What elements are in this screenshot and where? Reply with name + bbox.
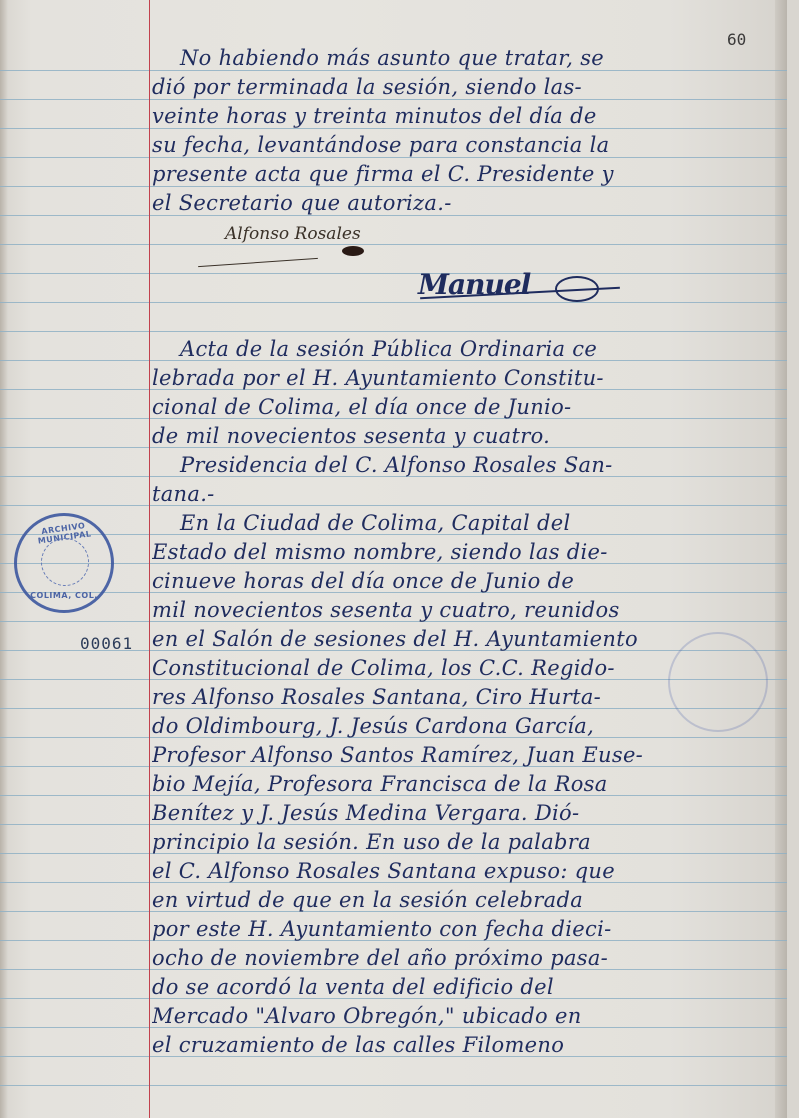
text-line: Presidencia del C. Alfonso Rosales San- xyxy=(152,451,784,480)
ruled-line xyxy=(0,1085,787,1086)
text-line: En la Ciudad de Colima, Capital del xyxy=(152,509,784,538)
text-line: cional de Colima, el día once de Junio- xyxy=(152,393,784,422)
closing-paragraph: No habiendo más asunto que tratar, se di… xyxy=(152,44,784,218)
binding-shadow xyxy=(0,0,8,1118)
text-line: Estado del mismo nombre, siendo las die- xyxy=(152,538,784,567)
ledger-page: 60 ARCHIVO MUNICIPAL COLIMA, COL. 00061 … xyxy=(0,0,787,1118)
text-line: bio Mejía, Profesora Francisca de la Ros… xyxy=(152,770,784,799)
signature-underline xyxy=(198,258,318,267)
text-line: lebrada por el H. Ayuntamiento Constitu- xyxy=(152,364,784,393)
text-line: principio la sesión. En uso de la palabr… xyxy=(152,828,784,857)
text-line: el cruzamiento de las calles Filomeno xyxy=(152,1031,784,1060)
text-line: Profesor Alfonso Santos Ramírez, Juan Eu… xyxy=(152,741,784,770)
signature-president: Alfonso Rosales xyxy=(225,224,361,244)
presidency-paragraph: Presidencia del C. Alfonso Rosales San- … xyxy=(152,451,784,509)
ink-blot xyxy=(342,246,364,256)
stamp-inner-ring xyxy=(41,538,89,586)
text-line: por este H. Ayuntamiento con fecha dieci… xyxy=(152,915,784,944)
text-line: Mercado "Alvaro Obregón," ubicado en xyxy=(152,1002,784,1031)
stamp-bottom-text: COLIMA, COL. xyxy=(17,591,111,600)
text-line: en el Salón de sesiones del H. Ayuntamie… xyxy=(152,625,784,654)
text-line: No habiendo más asunto que tratar, se xyxy=(152,44,784,73)
text-line: veinte horas y treinta minutos del día d… xyxy=(152,102,784,131)
folio-number: 00061 xyxy=(80,634,133,653)
ruled-line xyxy=(0,244,787,245)
text-line: el Secretario que autoriza.- xyxy=(152,189,784,218)
text-line: Benítez y J. Jesús Medina Vergara. Dió- xyxy=(152,799,784,828)
minutes-heading: Acta de la sesión Pública Ordinaria ce l… xyxy=(152,335,784,451)
text-line: dió por terminada la sesión, siendo las- xyxy=(152,73,784,102)
text-line: en virtud de que en la sesión celebrada xyxy=(152,886,784,915)
ruled-line xyxy=(0,273,787,274)
text-line: de mil novecientos sesenta y cuatro. xyxy=(152,422,784,451)
session-body: En la Ciudad de Colima, Capital del Esta… xyxy=(152,509,784,1060)
text-line: do Oldimbourg, J. Jesús Cardona García, xyxy=(152,712,784,741)
text-line: res Alfonso Rosales Santana, Ciro Hurta- xyxy=(152,683,784,712)
ruled-line xyxy=(0,302,787,303)
text-line: el C. Alfonso Rosales Santana expuso: qu… xyxy=(152,857,784,886)
text-line: ocho de noviembre del año próximo pasa- xyxy=(152,944,784,973)
archive-stamp: ARCHIVO MUNICIPAL COLIMA, COL. xyxy=(14,513,114,613)
margin-line xyxy=(149,0,150,1118)
text-line: presente acta que firma el C. Presidente… xyxy=(152,160,784,189)
ruled-line xyxy=(0,331,787,332)
text-line: mil novecientos sesenta y cuatro, reunid… xyxy=(152,596,784,625)
text-line: tana.- xyxy=(152,480,784,509)
text-line: cinueve horas del día once de Junio de xyxy=(152,567,784,596)
text-line: do se acordó la venta del edificio del xyxy=(152,973,784,1002)
text-line: Constitucional de Colima, los C.C. Regid… xyxy=(152,654,784,683)
text-line: su fecha, levantándose para constancia l… xyxy=(152,131,784,160)
text-line: Acta de la sesión Pública Ordinaria ce xyxy=(152,335,784,364)
